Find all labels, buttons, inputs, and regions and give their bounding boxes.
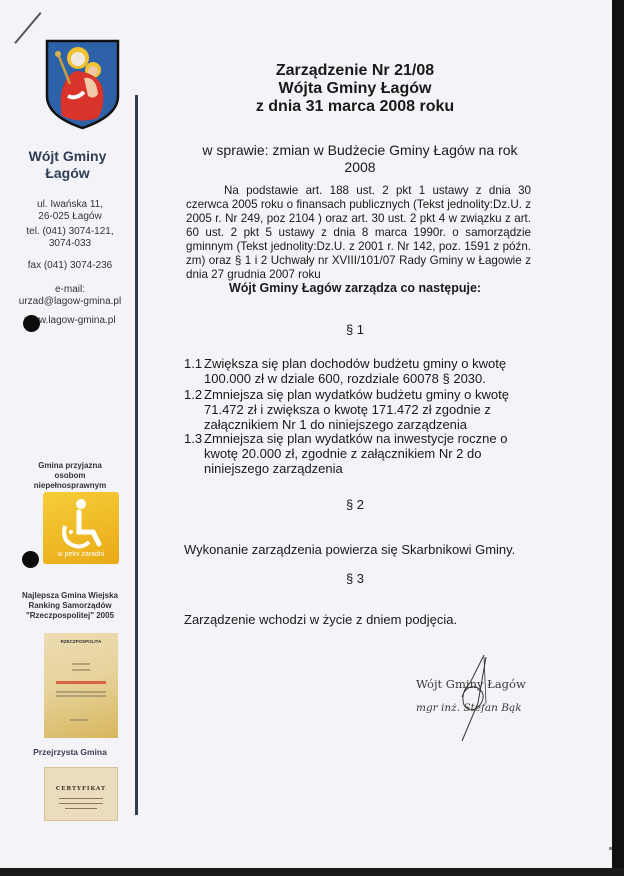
ranking-diploma-image: RZECZPOSPOLITA bbox=[44, 633, 118, 738]
decree-intro: Wójt Gminy Łagów zarządza co następuje: bbox=[170, 281, 540, 295]
email-link[interactable]: urzad@lagow-gmina.pl bbox=[0, 296, 140, 308]
section-1-heading: § 1 bbox=[170, 322, 540, 337]
transparent-municipality-label: Przejrzysta Gmina bbox=[0, 747, 140, 757]
list-item: 1.3 Zmniejsza się plan wydatków na inwes… bbox=[184, 431, 544, 476]
document-title: Zarządzenie Nr 21/08 Wójta Gminy Łagów z… bbox=[170, 62, 540, 116]
email: e-mail: urzad@lagow-gmina.pl bbox=[0, 284, 140, 308]
list-item: 1.1 Zwiększa się plan dochodów budżetu g… bbox=[184, 356, 544, 386]
handwritten-signature-icon bbox=[440, 653, 510, 743]
section-2-heading: § 2 bbox=[170, 497, 540, 512]
letterhead-sidebar: Wójt Gminy Łagów ul. Iwańska 11, 26-025 … bbox=[0, 0, 136, 868]
ranking-label: Najlepsza Gmina Wiejska Ranking Samorząd… bbox=[0, 591, 140, 621]
legal-basis: Na podstawie art. 188 ust. 2 pkt 1 ustaw… bbox=[186, 184, 531, 282]
fax: fax (041) 3074-236 bbox=[0, 260, 140, 272]
sidebar-divider bbox=[135, 95, 138, 815]
scan-edge-right bbox=[612, 0, 624, 876]
section-3-heading: § 3 bbox=[170, 571, 540, 586]
accessibility-badge: w pełni zaradni bbox=[43, 492, 119, 564]
website-link[interactable]: www.lagow-gmina.pl bbox=[0, 315, 140, 327]
punch-hole bbox=[22, 551, 39, 568]
scan-edge-bottom bbox=[0, 868, 624, 876]
punch-hole bbox=[23, 315, 40, 332]
phone: tel. (041) 3074-121, 3074-033 bbox=[0, 226, 140, 250]
document-subject: w sprawie: zmian w Budżecie Gminy Łagów … bbox=[190, 142, 530, 176]
list-item: 1.2 Zmniejsza się plan wydatków budżetu … bbox=[184, 387, 544, 432]
address: ul. Iwańska 11, 26-025 Łagów bbox=[0, 199, 140, 223]
certificate-image: CERTYFIKAT bbox=[44, 767, 118, 821]
entry-into-force-clause: Zarządzenie wchodzi w życie z dniem podj… bbox=[184, 612, 457, 627]
accessibility-label: Gmina przyjazna osobom niepełnosprawnym bbox=[0, 461, 140, 491]
scan-speck bbox=[609, 847, 612, 850]
execution-clause: Wykonanie zarządzenia powierza się Skarb… bbox=[184, 542, 515, 557]
office-name: Wójt Gminy Łagów bbox=[0, 148, 135, 182]
coat-of-arms-icon bbox=[44, 38, 121, 130]
